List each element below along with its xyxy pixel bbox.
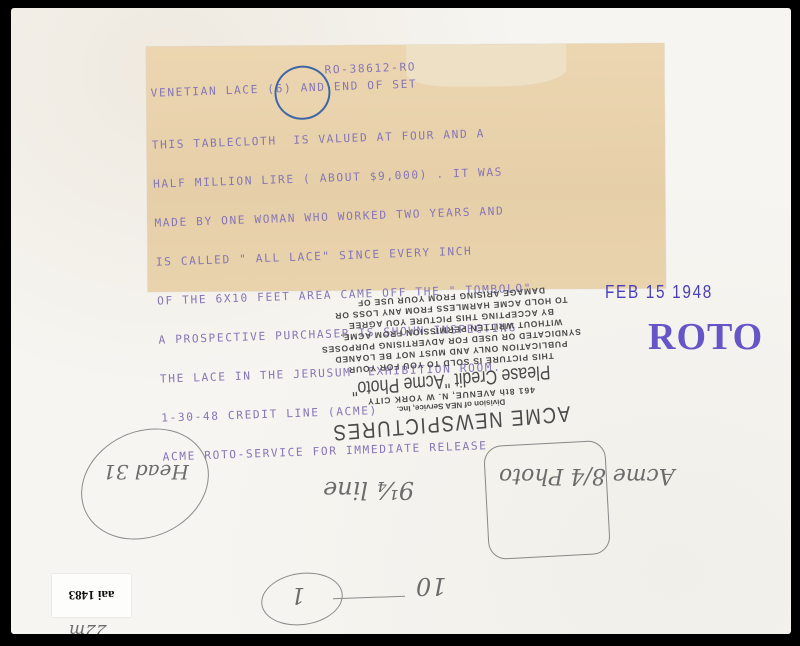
pencil-note-acme: Acme 8/4 Photo <box>499 463 675 488</box>
pencil-number-ten: 10 <box>416 572 447 600</box>
torn-edge <box>406 44 566 87</box>
pencil-circled-number: 1 <box>291 582 305 607</box>
archive-sticker: aai 1483 <box>52 574 131 617</box>
date-stamp: FEB 15 1948 <box>605 282 713 303</box>
pencil-line <box>333 596 405 600</box>
photo-back-paper: RO-38612-RO VENETIAN LACE (6) AND END OF… <box>11 8 791 634</box>
pencil-note-22m: 22m <box>69 620 107 634</box>
archive-id: aai 1483 <box>52 587 131 603</box>
pencil-note-line: 9¼ line <box>323 476 414 504</box>
acme-newspictures-stamp: ACME NEWSPICTURES Division of NEA Servic… <box>301 276 601 436</box>
caption-line: MADE BY ONE WOMAN WHO WORKED TWO YEARS A… <box>154 203 538 229</box>
caption-line: THIS TABLECLOTH IS VALUED AT FOUR AND A <box>152 125 536 151</box>
pencil-note-head: Head 31 <box>103 460 189 484</box>
roto-stamp: ROTO <box>648 315 763 359</box>
reference-number: RO-38612-RO <box>324 60 416 76</box>
caption-label: RO-38612-RO VENETIAN LACE (6) AND END OF… <box>146 43 666 292</box>
caption-line: IS CALLED " ALL LACE" SINCE EVERY INCH <box>156 242 540 268</box>
pencil-box <box>483 440 611 560</box>
caption-line: HALF MILLION LIRE ( ABOUT $9,000) . IT W… <box>153 164 537 190</box>
